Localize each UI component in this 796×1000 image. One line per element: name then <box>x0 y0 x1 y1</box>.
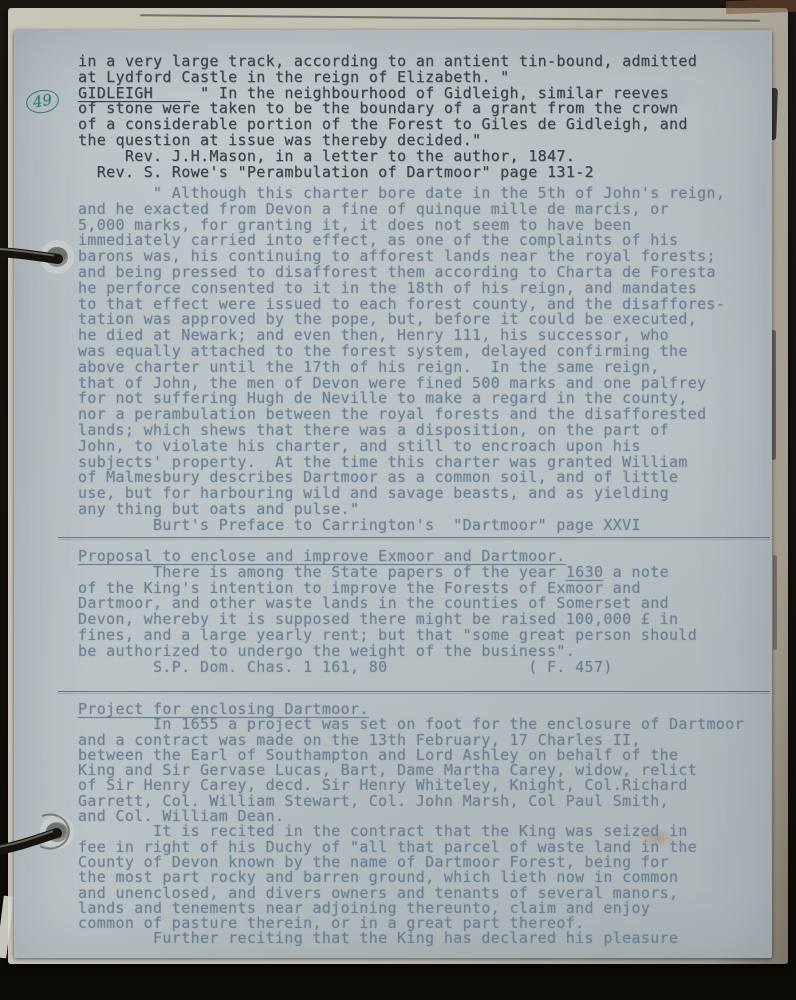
paragraph-lines: In 1655 a project was set on foot for th… <box>78 717 778 824</box>
section-charter-paragraph: " Although this charter bore date in the… <box>78 186 778 534</box>
paragraph-lines: in a very large track, according to an a… <box>78 54 778 86</box>
photo-of-typed-binder-page: in a very large track, according to an a… <box>0 0 796 1000</box>
section-proposal: Proposal to enclose and improve Exmoor a… <box>78 549 778 675</box>
typed-line: Rev. S. Rowe's "Perambulation of Dartmoo… <box>78 165 778 181</box>
binder-ring-top <box>0 228 100 286</box>
typed-line: S.P. Dom. Chas. 1 161, 80 ( F. 457) <box>78 660 778 676</box>
paragraph-lines: " Although this charter bore date in the… <box>78 186 778 534</box>
divider-line <box>58 537 770 540</box>
section-gidleigh-quote: in a very large track, according to an a… <box>78 54 778 180</box>
paragraph-lines: of stone were taken to be the boundary o… <box>78 101 778 180</box>
top-right-edge-sliver <box>726 0 796 14</box>
binder-ring-bottom <box>0 804 100 864</box>
divider-line <box>58 691 770 694</box>
document-page: in a very large track, according to an a… <box>14 30 772 958</box>
paragraph-lines: of the King's intention to improve the F… <box>78 581 778 676</box>
typed-line: Burt's Preface to Carrington's "Dartmoor… <box>78 518 778 534</box>
section-project: Project for enclosing Dartmoor. In 1655 … <box>78 702 778 947</box>
typed-line: Further reciting that the King has decla… <box>78 931 778 946</box>
paragraph-lines: It is recited in the contract that the K… <box>78 824 778 946</box>
